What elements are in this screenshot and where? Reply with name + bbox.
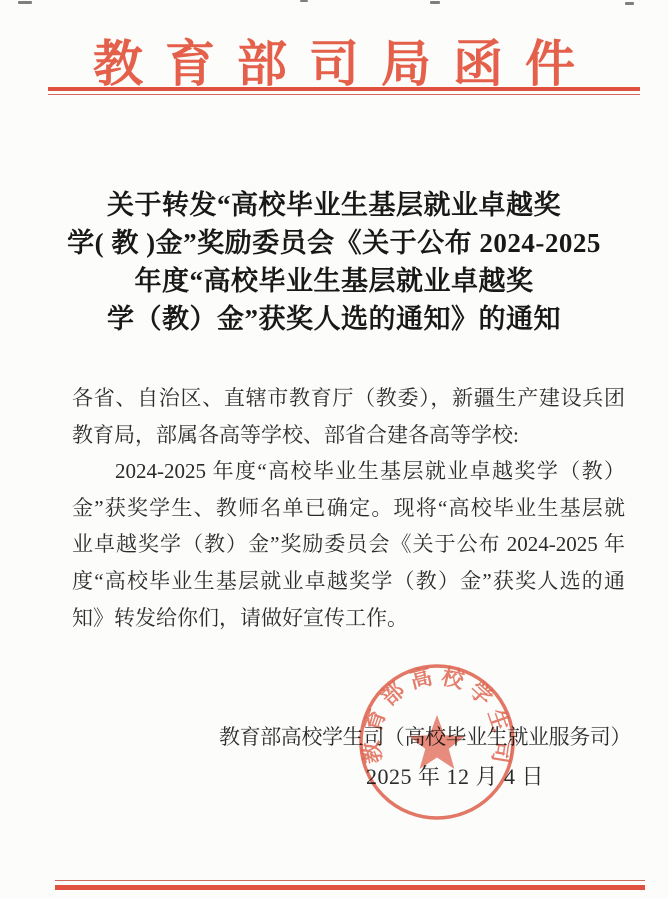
scan-artifact [300, 0, 308, 2]
body-line: 业卓越奖学（教）金”奖励委员会《关于公布 2024-2025 年 [72, 526, 625, 563]
letterhead-title: 教育部司局函件 [0, 24, 668, 96]
letterhead-double-rule [48, 87, 640, 95]
body-line: 各省、自治区、直辖市教育厅（教委），新疆生产建设兵团 [72, 380, 625, 417]
scanned-official-letter: 教育部司局函件 关于转发“高校毕业生基层就业卓越奖 学( 教 )金”奖励委员会《… [0, 0, 668, 898]
body-line: 度“高校毕业生基层就业卓越奖学（教）金”获奖人选的通 [72, 563, 625, 600]
document-title-line: 学（教）金”获奖人选的通知》的通知 [30, 300, 638, 338]
document-title: 关于转发“高校毕业生基层就业卓越奖 学( 教 )金”奖励委员会《关于公布 202… [30, 186, 638, 338]
body-line: 2024-2025 年度“高校毕业生基层就业卓越奖学（教） [72, 453, 625, 490]
scan-artifact [18, 1, 32, 4]
document-title-line: 学( 教 )金”奖励委员会《关于公布 2024-2025 [30, 224, 638, 262]
footer-double-rule [55, 880, 645, 890]
scan-artifact [625, 2, 634, 5]
body-line: 教育局，部属各高等学校、部省合建各高等学校: [72, 417, 625, 454]
letter-body: 各省、自治区、直辖市教育厅（教委），新疆生产建设兵团 教育局，部属各高等学校、部… [72, 380, 625, 636]
seal-star-icon [409, 715, 465, 769]
document-title-line: 关于转发“高校毕业生基层就业卓越奖 [30, 186, 638, 224]
official-red-seal: 教育部高校学生司 [358, 655, 516, 825]
scan-artifact [430, 1, 440, 4]
body-line: 知》转发给你们，请做好宣传工作。 [72, 600, 625, 637]
body-line: 金”获奖学生、教师名单已确定。现将“高校毕业生基层就 [72, 490, 625, 527]
document-title-line: 年度“高校毕业生基层就业卓越奖 [30, 262, 638, 300]
